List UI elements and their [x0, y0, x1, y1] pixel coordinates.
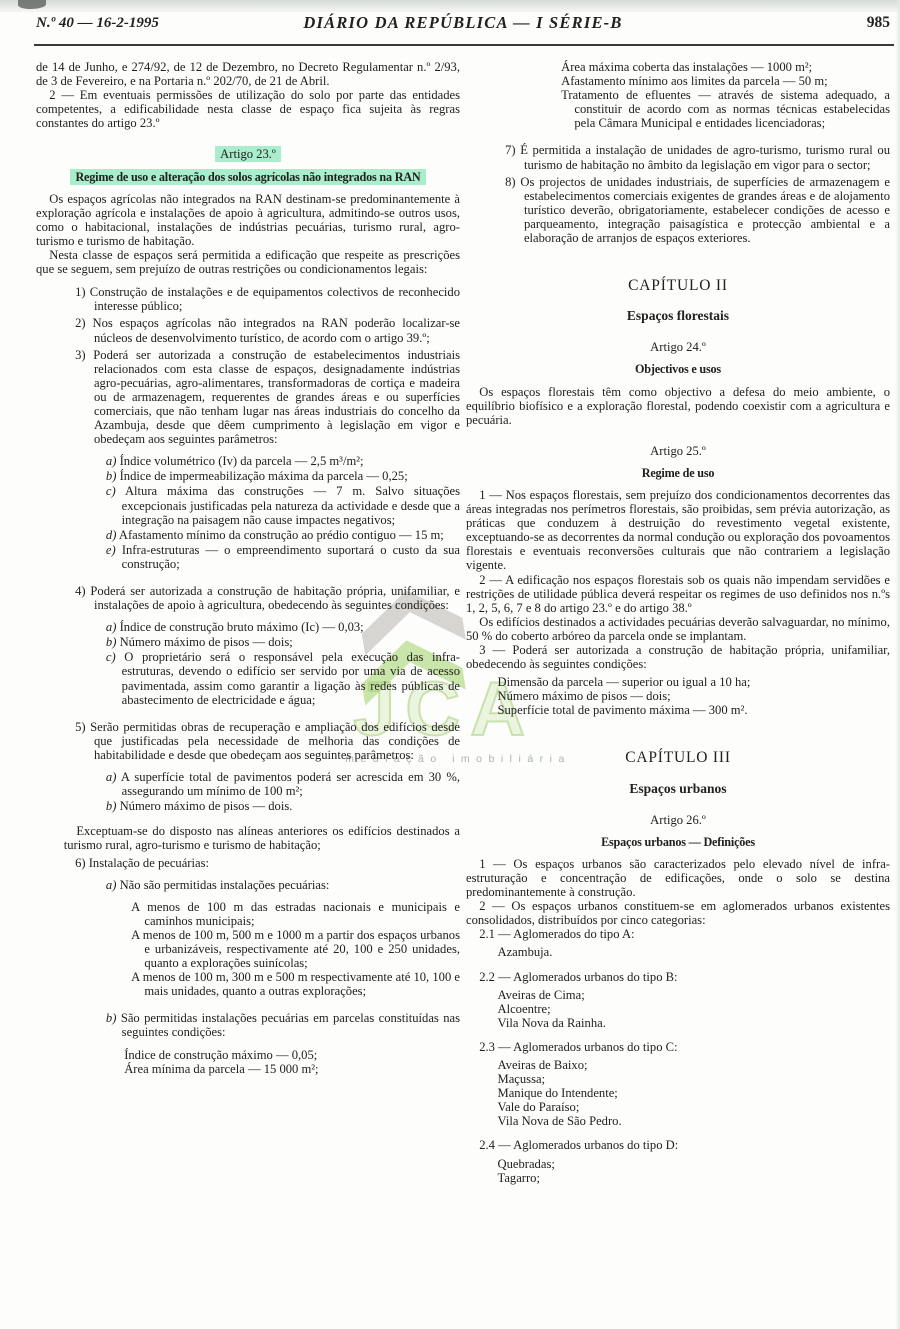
sub-list-item: Afastamento mínimo aos limites da parcel… [574, 74, 890, 88]
list-item: a) Índice volumétrico (Iv) da parcela — … [122, 454, 460, 468]
sub-list-item: A menos de 100 m das estradas nacionais … [144, 900, 460, 928]
list-marker: 6) [75, 856, 86, 870]
list-item: c) O proprietário será o responsável pel… [122, 650, 460, 706]
list-item: b) Índice de impermeabilização máxima da… [122, 469, 460, 483]
paragraph: 2 — Os espaços urbanos constituem-se em … [466, 899, 890, 927]
list-item: d) Afastamento mínimo da construção ao p… [122, 528, 460, 542]
list-marker: a) [106, 770, 117, 784]
list-item: a) Índice de construção bruto máximo (Ic… [122, 620, 460, 634]
list-line: Maçussa; [498, 1072, 891, 1086]
list-item: a) Não são permitidas instalações pecuár… [122, 878, 460, 892]
list-line: Aveiras de Cima; [498, 988, 891, 1002]
list-line: Vale do Paraíso; [498, 1100, 891, 1114]
list-marker: a) [106, 454, 117, 468]
list-line: Quebradas; [498, 1157, 891, 1171]
paragraph: 2 — Em eventuais permissões de utilizaçã… [36, 88, 460, 130]
article-heading: Artigo 24.º [466, 340, 890, 354]
list-marker: b) [106, 635, 117, 649]
list-item: 6) Instalação de pecuárias: [94, 856, 460, 870]
article-heading: Artigo 25.º [466, 444, 890, 458]
list-marker: 5) [75, 720, 86, 734]
condition-line: Área mínima da parcela — 15 000 m²; [124, 1062, 460, 1076]
list-marker: b) [106, 469, 117, 483]
list-item: 3) Poderá ser autorizada a construção de… [94, 348, 460, 447]
header-rule [34, 44, 894, 46]
paragraph: 2.1 — Aglomerados do tipo A: [466, 927, 890, 941]
paragraph: 2.3 — Aglomerados urbanos do tipo C: [466, 1040, 890, 1054]
list-marker: a) [106, 878, 117, 892]
paragraph: de 14 de Junho, e 274/92, de 12 de Dezem… [36, 60, 460, 88]
list-item: 8) Os projectos de unidades industriais,… [524, 175, 890, 245]
scan-edge-right [895, 0, 900, 1329]
list-item: b) Número máximo de pisos — dois. [122, 799, 460, 813]
list-marker: b) [106, 799, 117, 813]
list-marker: c) [106, 484, 116, 498]
list-marker: a) [106, 620, 117, 634]
chapter-heading: CAPÍTULO II [466, 279, 890, 293]
right-column: Área máxima coberta das instalações — 10… [466, 60, 890, 1185]
article-title: Objectivos e usos [466, 362, 890, 376]
list-marker: 8) [505, 175, 516, 189]
left-column: de 14 de Junho, e 274/92, de 12 de Dezem… [36, 60, 460, 1076]
list-marker: 2) [75, 316, 86, 330]
list-item: 7) É permitida a instalação de unidades … [524, 143, 890, 171]
list-line: Alcoentre; [498, 1002, 891, 1016]
list-item: b) Número máximo de pisos — dois; [122, 635, 460, 649]
list-marker: b) [106, 1011, 117, 1025]
list-line: Número máximo de pisos — dois; [498, 689, 891, 703]
list-item: a) A superfície total de pavimentos pode… [122, 770, 460, 798]
paragraph: Nesta classe de espaços será permitida a… [36, 248, 460, 276]
paragraph: 2.2 — Aglomerados urbanos do tipo B: [466, 970, 890, 984]
sub-list-item: Área máxima coberta das instalações — 10… [574, 60, 890, 74]
page-header: N.º 40 — 16-2-1995 DIÁRIO DA REPÚBLICA —… [36, 16, 890, 30]
sub-list-item: Tratamento de efluentes — através de sis… [574, 88, 890, 130]
article-title: Espaços urbanos — Definições [466, 835, 890, 849]
article-heading: Artigo 26.º [466, 813, 890, 827]
list-item: 4) Poderá ser autorizada a construção de… [94, 584, 460, 612]
list-line: Azambuja. [498, 945, 891, 959]
list-marker: c) [106, 650, 116, 664]
list-line: Manique do Intendente; [498, 1086, 891, 1100]
journal-title: DIÁRIO DA REPÚBLICA — I SÉRIE-B [36, 16, 890, 30]
list-item: c) Altura máxima das construções — 7 m. … [122, 484, 460, 526]
list-marker: d) [106, 528, 117, 542]
paragraph: Exceptuam-se do disposto nas alíneas ant… [64, 824, 460, 852]
gazette-page: N.º 40 — 16-2-1995 DIÁRIO DA REPÚBLICA —… [0, 0, 900, 1329]
list-marker: 1) [75, 285, 86, 299]
paragraph: Os espaços florestais têm como objectivo… [466, 385, 890, 427]
paragraph: 2 — A edificação nos espaços florestais … [466, 573, 890, 615]
list-item: 5) Serão permitidas obras de recuperação… [94, 720, 460, 762]
list-marker: e) [106, 543, 116, 557]
list-marker: 4) [75, 584, 86, 598]
list-line: Dimensão da parcela — superior ou igual … [498, 675, 891, 689]
scan-edge-top [0, 0, 900, 12]
paragraph: 1 — Os espaços urbanos são caracterizado… [466, 857, 890, 899]
list-line: Tagarro; [498, 1171, 891, 1185]
chapter-heading: CAPÍTULO III [466, 751, 890, 765]
sub-list-item: A menos de 100 m, 300 m e 500 m respecti… [144, 970, 460, 998]
paragraph: 2.4 — Aglomerados urbanos do tipo D: [466, 1138, 890, 1152]
sub-list-item: A menos de 100 m, 500 m e 1000 m a parti… [144, 928, 460, 970]
chapter-title: Espaços florestais [466, 309, 890, 323]
list-line: Superfície total de pavimento máxima — 3… [498, 703, 891, 717]
paragraph: 1 — Nos espaços florestais, sem prejuízo… [466, 488, 890, 573]
list-line: Vila Nova de São Pedro. [498, 1114, 891, 1128]
article-title: Regime de uso e alteração dos solos agrí… [36, 170, 460, 184]
paragraph: 3 — Poderá ser autorizada a construção d… [466, 643, 890, 671]
article-heading: Artigo 23.º [36, 147, 460, 161]
list-item: e) Infra-estruturas — o empreendimento s… [122, 543, 460, 571]
condition-line: Índice de construção máximo — 0,05; [124, 1048, 460, 1062]
list-item: 2) Nos espaços agrícolas não integrados … [94, 316, 460, 344]
list-marker: 3) [75, 348, 86, 362]
chapter-title: Espaços urbanos [466, 782, 890, 796]
list-item: 1) Construção de instalações e de equipa… [94, 285, 460, 313]
paragraph: Os edifícios destinados a actividades pe… [466, 615, 890, 643]
article-title: Regime de uso [466, 466, 890, 480]
paragraph: Os espaços agrícolas não integrados na R… [36, 192, 460, 248]
list-marker: 7) [505, 143, 516, 157]
list-line: Aveiras de Baixo; [498, 1058, 891, 1072]
list-line: Vila Nova da Rainha. [498, 1016, 891, 1030]
list-item: b) São permitidas instalações pecuárias … [122, 1011, 460, 1039]
